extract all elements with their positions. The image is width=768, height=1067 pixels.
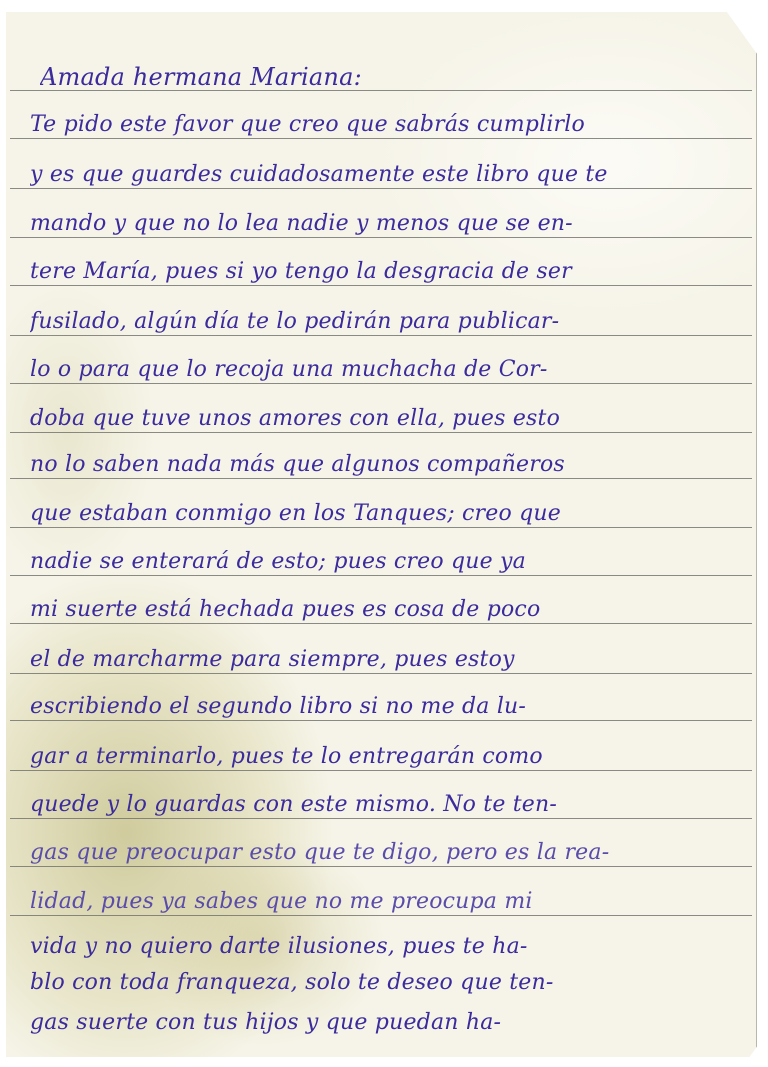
- letter-line: gar a terminarlo, pues te lo entregarán …: [30, 742, 742, 772]
- letter-line: no lo saben nada más que algunos compañe…: [30, 450, 742, 480]
- letter-line: y es que guardes cuidadosamente este lib…: [30, 160, 742, 190]
- letter-page: Amada hermana Mariana: Te pido este favo…: [6, 12, 757, 1057]
- letter-line: el de marcharme para siempre, pues estoy: [30, 645, 742, 675]
- letter-line: blo con toda franqueza, solo te deseo qu…: [30, 968, 742, 998]
- letter-line: tere María, pues si yo tengo la desgraci…: [30, 257, 742, 287]
- letter-line: fusilado, algún día te lo pedirán para p…: [30, 307, 742, 337]
- letter-line: vida y no quiero darte ilusiones, pues t…: [30, 932, 742, 962]
- letter-line: mi suerte está hechada pues es cosa de p…: [30, 595, 742, 625]
- letter-salutation: Amada hermana Mariana:: [40, 62, 742, 92]
- letter-line: que estaban conmigo en los Tanques; creo…: [30, 499, 742, 529]
- letter-line: lidad, pues ya sabes que no me preocupa …: [30, 887, 742, 917]
- letter-line: gas suerte con tus hijos y que puedan ha…: [30, 1008, 742, 1038]
- letter-line: nadie se enterará de esto; pues creo que…: [30, 547, 742, 577]
- letter-line: escribiendo el segundo libro si no me da…: [30, 692, 742, 722]
- letter-line: lo o para que lo recoja una muchacha de …: [30, 355, 742, 385]
- letter-line: gas que preocupar esto que te digo, pero…: [30, 838, 742, 868]
- letter-line: quede y lo guardas con este mismo. No te…: [30, 790, 742, 820]
- letter-line: doba que tuve unos amores con ella, pues…: [30, 404, 742, 434]
- letter-line: Te pido este favor que creo que sabrás c…: [30, 110, 742, 140]
- letter-line: mando y que no lo lea nadie y menos que …: [30, 209, 742, 239]
